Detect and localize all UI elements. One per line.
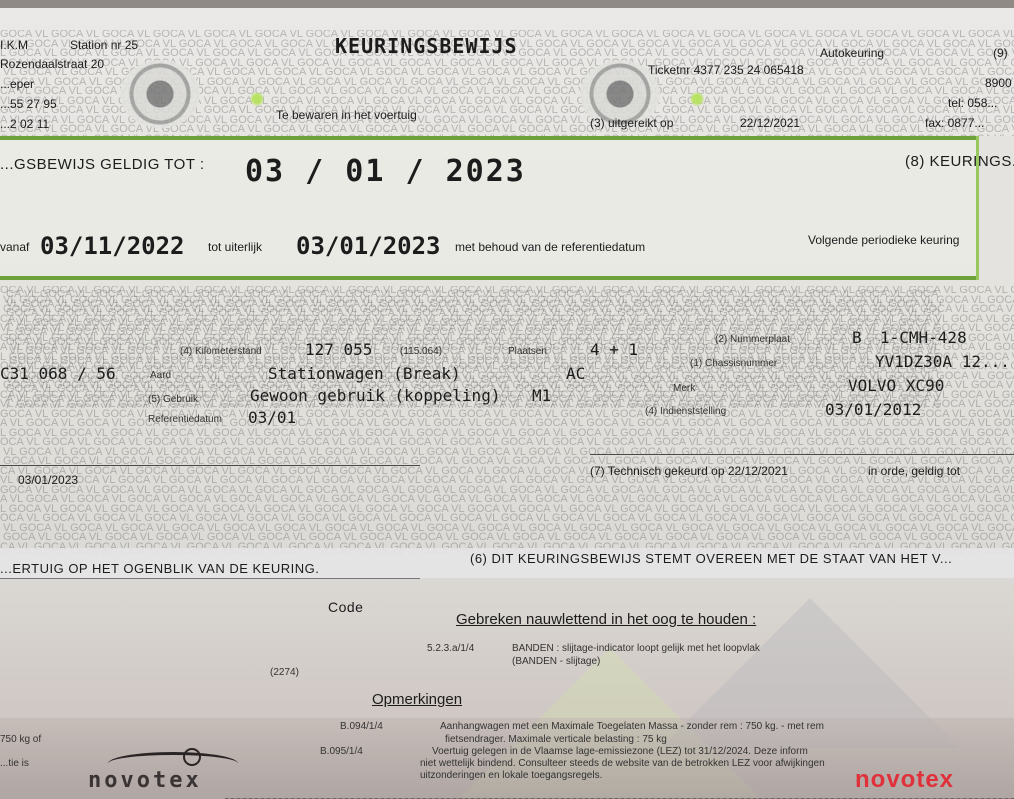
statement-left: ...ERTUIG OP HET OGENBLIK VAN DE KEURING… [0,561,319,576]
right-tel: tel: 058... [948,96,997,110]
bottom-left-date: 03/01/2023 [18,473,78,487]
refdate-label: Referentiedatum [148,414,222,425]
make-label: Merk [673,383,695,394]
seats-value: 4 + 1 [590,340,638,359]
use-label: (5) Gebruik [148,394,198,405]
remark-text-2: fietsendrager. Maximale verticale belast… [445,734,667,745]
issuer-station: Station nr 25 [70,38,138,52]
remark-code: B.094/1/4 [340,721,383,732]
seats-label: Plaatsen [508,346,547,357]
issuer-line1: I.K.M [0,38,28,52]
technical-inspection-suffix: in orde, geldig tot [868,464,960,478]
defect-code: 5.2.3.a/1/4 [427,643,474,654]
code-column-header: Code [328,599,363,615]
issuer-city: ...eper [0,77,34,91]
ticket-number: Ticketnr 4377 235 24 065418 [648,63,804,77]
novotex-logo: novotex [88,768,202,793]
issuer-date-code: ...2 02 11 [0,117,49,131]
type-label: Aard [150,370,171,381]
station-name: Autokeuring [820,46,884,60]
period-to-date: 03/01/2023 [296,232,441,260]
make-value: VOLVO XC90 [848,376,944,395]
remark-left-fragment: 750 kg of [0,734,41,745]
type-value: Stationwagen (Break) [268,364,461,383]
plate-value: 1-CMH-428 [880,328,967,347]
right-ref: (9) [993,46,1008,60]
document-title: KEURINGSBEWIJS [335,34,518,58]
type-code-number: C31 068 / 56 [0,364,116,383]
divider [590,454,1014,455]
divider [0,578,420,579]
refdate-value: 03/01 [248,408,296,427]
period-mid-label: tot uiterlijk [208,240,262,254]
plate-label: (2) Nummerplaat [715,334,790,345]
period-prefix: vanaf [0,240,29,254]
issuer-address: Rozendaalstraat 20 [0,57,104,71]
period-suffix: met behoud van de referentiedatum [455,240,645,254]
period-from-date: 03/11/2022 [40,232,185,260]
novotex-red-logo: novotex [855,766,954,794]
defect-text: BANDEN : slijtage-indicator loopt gelijk… [512,643,760,654]
technical-inspection-label: (7) Technisch gekeurd op 22/12/2021 [590,464,788,478]
km-label: (4) Kilometerstand [180,346,262,357]
defect-sub: (BANDEN - slijtage) [512,656,600,667]
remark-text-2: niet wettelijk bindend. Consulteer steed… [420,758,825,769]
km-previous: (115.064) [400,346,442,357]
remark-left-fragment: ...tie is [0,758,29,769]
first-registration-value: 03/01/2012 [825,400,921,419]
valid-until-date: 03 / 01 / 2023 [245,154,526,189]
right-fax: fax: 0877... [925,116,984,130]
vin-label: (1) Chassisnummer [690,358,777,369]
statement-right: (6) DIT KEURINGSBEWIJS STEMT OVEREEN MET… [470,551,952,566]
remark-code: B.095/1/4 [320,746,363,757]
issued-on-label: (3) uitgereikt op [590,116,673,130]
remark-text-3: uitzonderingen en lokale toegangsregels. [420,770,602,781]
use-code: M1 [532,386,551,405]
driver-head-icon [183,748,201,766]
right-validity-label: (8) KEURINGS... [905,153,1014,170]
vin-value: YV1DZ30A 12... [875,352,1010,371]
defects-title: Gebreken nauwlettend in het oog te houde… [456,611,756,628]
inspection-certificate: GOCA VL GOCA VL GOCA VL GOCA VL GOCA VL … [0,8,1014,799]
remark-text: Aanhangwagen met een Maximale Toegelaten… [440,721,824,732]
plate-country: B [852,328,862,347]
right-postcode: 8900 [985,76,1012,90]
issued-on-date: 22/12/2021 [740,116,800,130]
hologram-dot-icon [690,92,704,106]
hologram-dot-icon [250,92,264,106]
type-code: AC [566,364,585,383]
document-subtitle: Te bewaren in het voertuig [276,108,417,122]
issuer-phone: ...55 27 95 [0,97,57,111]
first-registration-label: (4) Indienststelling [645,406,726,417]
next-inspection-label: Volgende periodieke keuring [808,233,959,247]
validity-label: ...GSBEWIJS GELDIG TOT : [0,156,205,173]
use-value: Gewoon gebruik (koppeling) [250,386,500,405]
goca-logo-icon [120,60,200,128]
remark-text: Voertuig gelegen in de Vlaamse lage-emis… [432,746,808,757]
km-value: 127 055 [305,340,372,359]
remarks-title: Opmerkingen [372,691,462,708]
divider [0,465,420,466]
defect-left-code: (2274) [270,667,299,678]
